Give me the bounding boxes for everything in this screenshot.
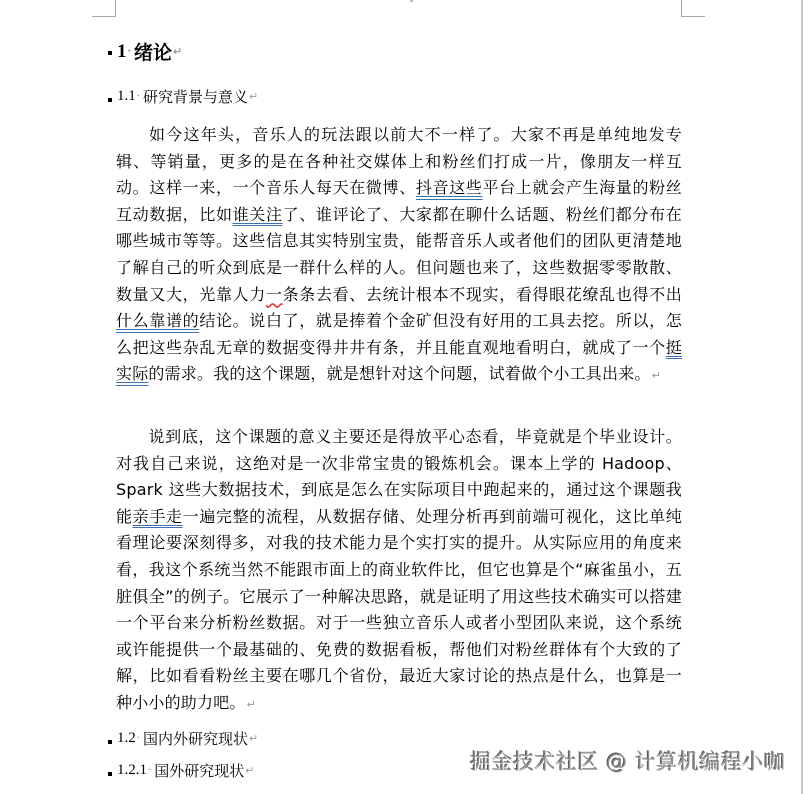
- crop-mark-top-left: [92, 0, 116, 17]
- heading-number: 1: [117, 41, 127, 63]
- paragraph-mark-icon: ↵: [245, 764, 254, 777]
- heading-title: 绪论: [134, 38, 172, 65]
- heading-1[interactable]: 1 · 绪论 ↵: [108, 38, 182, 65]
- heading-1-2[interactable]: 1.2 · 国内外研究现状 ↵: [108, 728, 258, 749]
- heading-separator: ·: [137, 733, 140, 744]
- heading-separator: ·: [148, 765, 151, 776]
- grammar-underline[interactable]: 亲手走: [133, 507, 183, 526]
- heading-title: 国内外研究现状: [143, 728, 248, 749]
- text-run: 的需求。我的这个课题，就是想针对这个问题，试着做个小工具出来。: [148, 364, 650, 383]
- heading-number: 1.2: [117, 730, 136, 747]
- paragraph-mark-icon: ↵: [249, 90, 258, 103]
- crop-mark-top-right: [681, 0, 705, 17]
- heading-separator: ·: [137, 91, 140, 102]
- body-paragraph-2[interactable]: 说到底，这个课题的意义主要还是得放平心态看，毕竟就是个毕业设计。对我自己来说，这…: [116, 424, 682, 719]
- body-paragraph-1[interactable]: 如今这年头，音乐人的玩法跟以前大不一样了。大家不再是单纯地发专辑、等销量，更多的…: [116, 122, 682, 390]
- paragraph-mark-icon: ↵: [249, 732, 258, 745]
- heading-bullet-icon: [108, 772, 112, 776]
- grammar-underline[interactable]: 谁关注: [233, 205, 283, 224]
- heading-separator: ·: [128, 46, 131, 57]
- grammar-underline[interactable]: 什么靠谱的: [116, 311, 199, 330]
- text-run: 结论。说白了，就是捧着个金矿但没有好用的工具去挖。所以，怎么把这些杂乱无章的数据…: [116, 311, 682, 357]
- heading-1-1[interactable]: 1.1 · 研究背景与意义 ↵: [108, 86, 258, 107]
- crop-mark-top-center: [410, 0, 413, 2]
- spelling-underline[interactable]: 一: [266, 285, 283, 304]
- paragraph-mark-icon: ↵: [173, 45, 182, 58]
- text-run: 条条去看、去统计根本不现实，看得眼花缭乱也得不出: [283, 285, 682, 304]
- paragraph-mark-icon: ↵: [247, 698, 256, 711]
- heading-bullet-icon: [108, 740, 112, 744]
- heading-bullet-icon: [108, 98, 112, 102]
- heading-bullet-icon: [108, 51, 112, 55]
- grammar-underline[interactable]: 抖音这些: [416, 178, 483, 197]
- heading-number: 1.2.1: [117, 762, 147, 779]
- heading-number: 1.1: [117, 88, 136, 105]
- text-run: 一遍完整的流程，从数据存储、处理分析再到前端可视化，这比单纯看理论要深刻得多，对…: [116, 507, 682, 712]
- heading-title: 国外研究现状: [154, 760, 244, 781]
- watermark: 掘金技术社区 @ 计算机编程小咖: [470, 746, 785, 776]
- heading-1-2-1[interactable]: 1.2.1 · 国外研究现状 ↵: [108, 760, 254, 781]
- paragraph-mark-icon: ↵: [652, 369, 661, 382]
- heading-title: 研究背景与意义: [143, 86, 248, 107]
